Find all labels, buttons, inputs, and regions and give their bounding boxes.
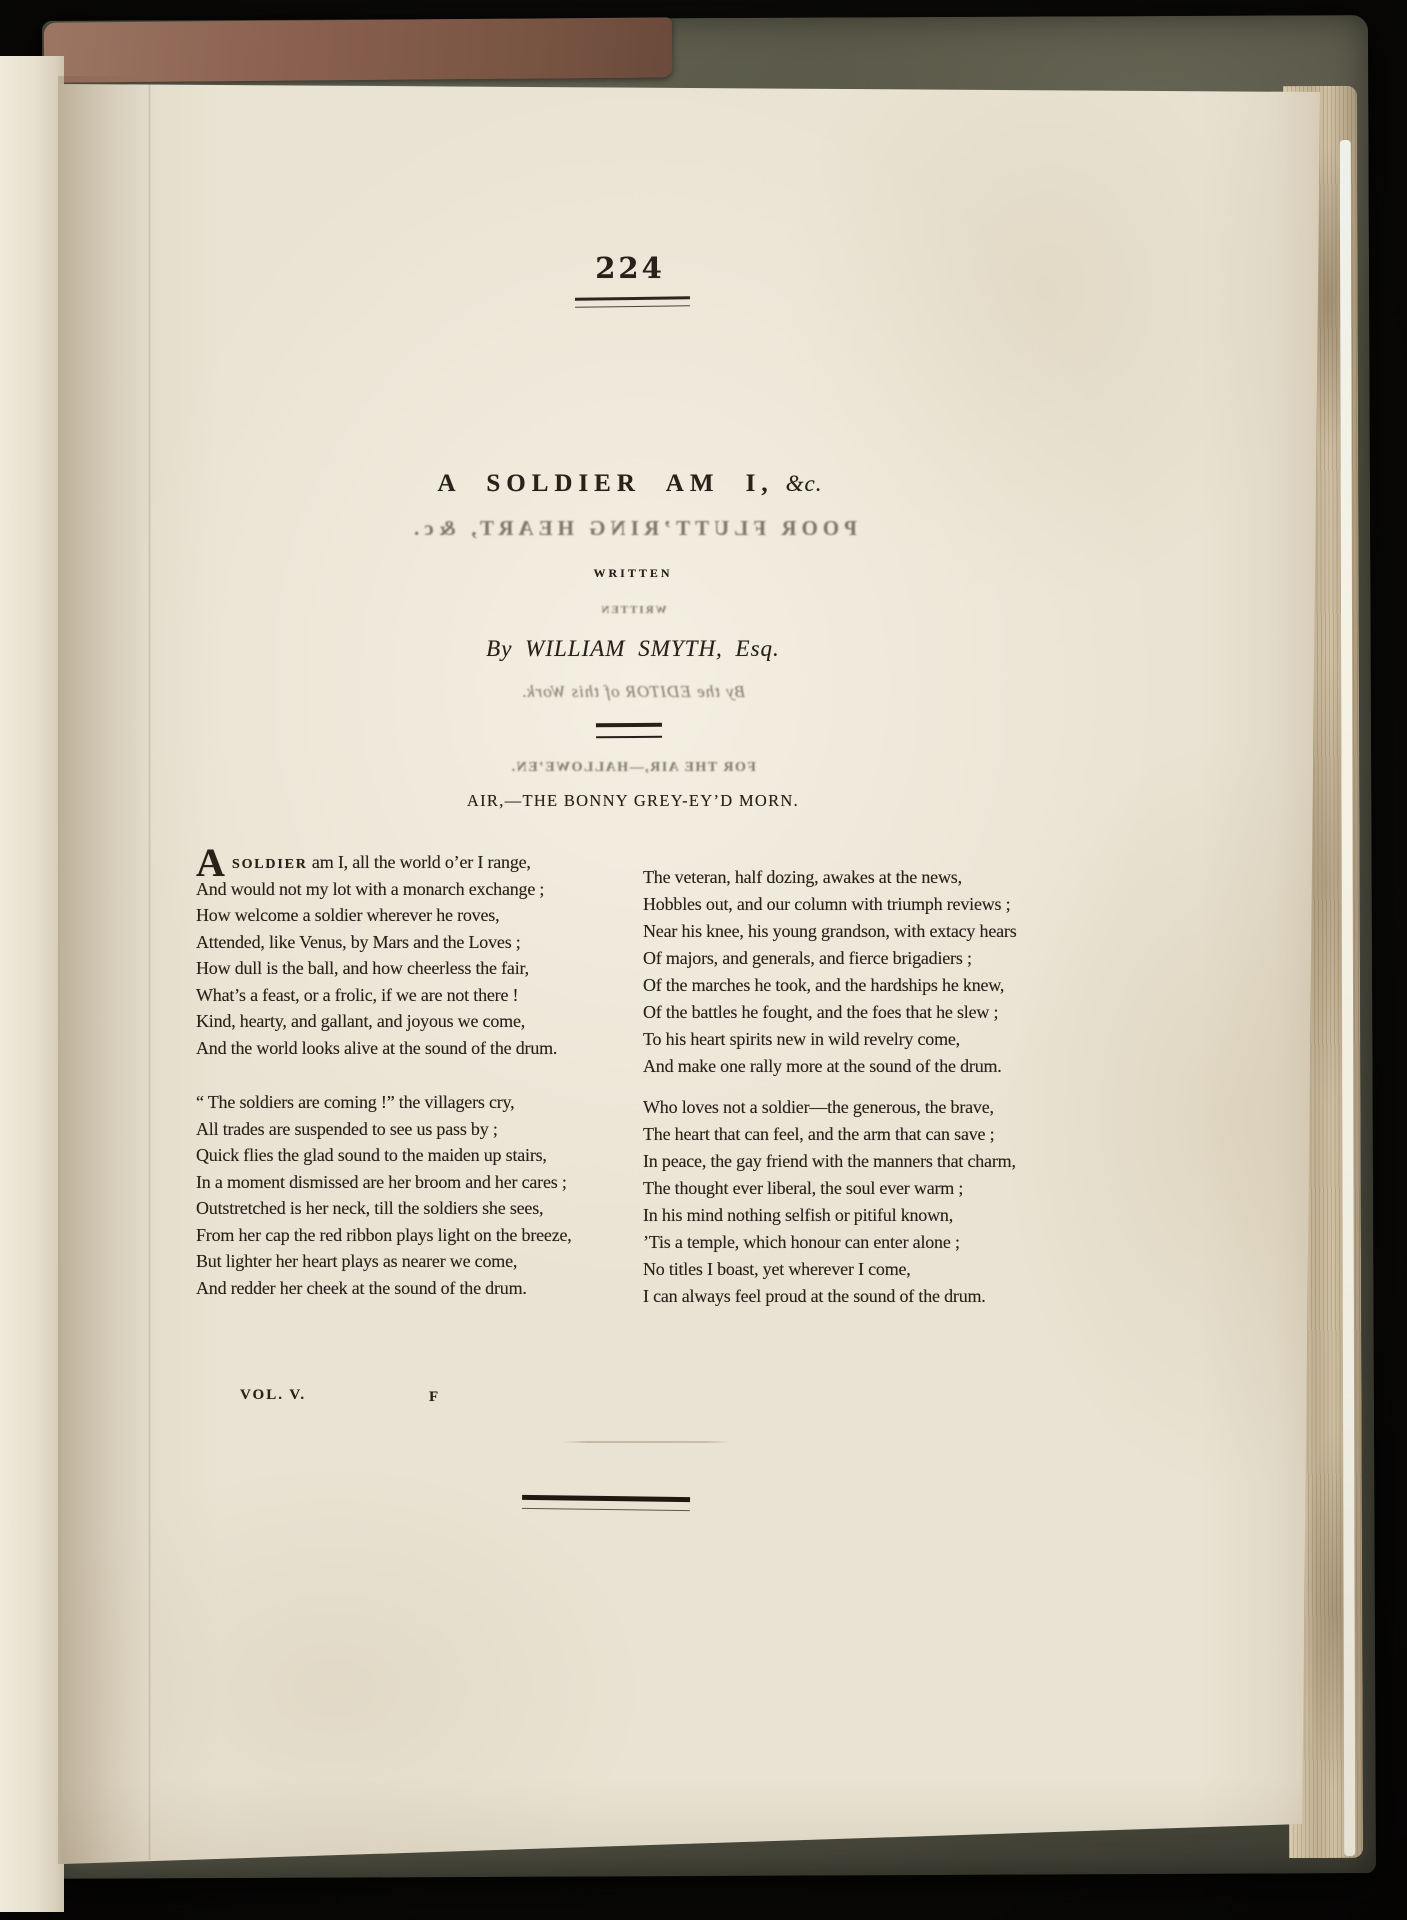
air-tune-line: AIR,—THE BONNY GREY-EY’D MORN. [383, 791, 883, 811]
poem-title: A SOLDIER AM I,&c. [380, 470, 880, 498]
poem-line: And the world looks alive at the sound o… [196, 1035, 646, 1062]
author-byline: By WILLIAM SMYTH, Esq. [383, 636, 883, 662]
poem-line: Attended, like Venus, by Mars and the Lo… [196, 929, 646, 956]
footer-signature-mark: F [429, 1389, 438, 1406]
poem-line: Outstretched is her neck, till the soldi… [196, 1195, 646, 1222]
poem-line: “ The soldiers are coming !” the village… [196, 1089, 646, 1116]
poem-line: And make one rally more at the sound of … [643, 1053, 1093, 1080]
poem-line: No titles I boast, yet wherever I come, [643, 1256, 1093, 1283]
poem-line: Near his knee, his young grandson, with … [643, 918, 1093, 945]
page-number: 224 [545, 251, 715, 285]
poem-line: ’Tis a temple, which honour can enter al… [643, 1229, 1093, 1256]
footer-volume-label: VOL. V. [240, 1387, 306, 1404]
show-through-line: WRITTEN [383, 604, 883, 616]
written-label: WRITTEN [383, 566, 883, 581]
drop-cap: A [196, 843, 225, 883]
poem-line: In his mind nothing selfish or pitiful k… [643, 1202, 1093, 1229]
show-through-line: POOR FLUTT’RING HEART, &c. [383, 516, 883, 541]
poem-column-left: ASOLDIER am I, all the world o’er I rang… [196, 849, 646, 1301]
stanza-4: Who loves not a soldier—the generous, th… [643, 1094, 1093, 1310]
poem-line: The thought ever liberal, the soul ever … [643, 1175, 1093, 1202]
poem-line: Of the marches he took, and the hardship… [643, 972, 1093, 999]
page-content: 224 POOR FLUTT’RING HEART, &c. A SOLDIER… [0, 0, 1407, 1920]
stanza-3: The veteran, half dozing, awakes at the … [643, 864, 1093, 1080]
poem-line: The heart that can feel, and the arm tha… [643, 1121, 1093, 1148]
poem-line: In peace, the gay friend with the manner… [643, 1148, 1093, 1175]
poem-line: How dull is the ball, and how cheerless … [196, 955, 646, 982]
poem-line: Who loves not a soldier—the generous, th… [643, 1094, 1093, 1121]
poem-line: Of majors, and generals, and fierce brig… [643, 945, 1093, 972]
poem-line: The veteran, half dozing, awakes at the … [643, 864, 1093, 891]
show-through-line: By the EDITOR of this Work. [383, 682, 883, 702]
book-scan: 224 POOR FLUTT’RING HEART, &c. A SOLDIER… [0, 0, 1407, 1920]
section-divider-rule [596, 723, 662, 739]
stanza-1: ASOLDIER am I, all the world o’er I rang… [196, 849, 646, 1061]
poem-line: All trades are suspended to see us pass … [196, 1116, 646, 1143]
poem-line: What’s a feast, or a frolic, if we are n… [196, 982, 646, 1009]
page-number-rule [575, 296, 690, 308]
poem-title-etc: &c. [786, 471, 823, 496]
poem-title-main: A SOLDIER AM I, [437, 470, 773, 497]
faint-impression-rule [563, 1441, 731, 1443]
poem-line: To his heart spirits new in wild revelry… [643, 1026, 1093, 1053]
poem-line: Hobbles out, and our column with triumph… [643, 891, 1093, 918]
show-through-line: FOR THE AIR,—HALLOWE’EN. [383, 760, 883, 776]
poem-line: But lighter her heart plays as nearer we… [196, 1248, 646, 1275]
stanza-2: “ The soldiers are coming !” the village… [196, 1089, 646, 1301]
small-caps-word: SOLDIER [232, 857, 308, 872]
poem-line: Kind, hearty, and gallant, and joyous we… [196, 1008, 646, 1035]
poem-line: Of the battles he fought, and the foes t… [643, 999, 1093, 1026]
poem-line: Quick flies the glad sound to the maiden… [196, 1142, 646, 1169]
poem-line: And redder her cheek at the sound of the… [196, 1275, 646, 1302]
poem-line: In a moment dismissed are her broom and … [196, 1169, 646, 1196]
poem-line-text: am I, all the world o’er I range, [308, 852, 531, 872]
poem-line: ASOLDIER am I, all the world o’er I rang… [196, 849, 646, 876]
poem-line: I can always feel proud at the sound of … [643, 1283, 1093, 1310]
poem-line: And would not my lot with a monarch exch… [196, 876, 646, 903]
poem-line: How welcome a soldier wherever he roves, [196, 902, 646, 929]
poem-column-right: The veteran, half dozing, awakes at the … [643, 864, 1093, 1310]
poem-line: From her cap the red ribbon plays light … [196, 1222, 646, 1249]
bottom-rule [522, 1495, 690, 1511]
